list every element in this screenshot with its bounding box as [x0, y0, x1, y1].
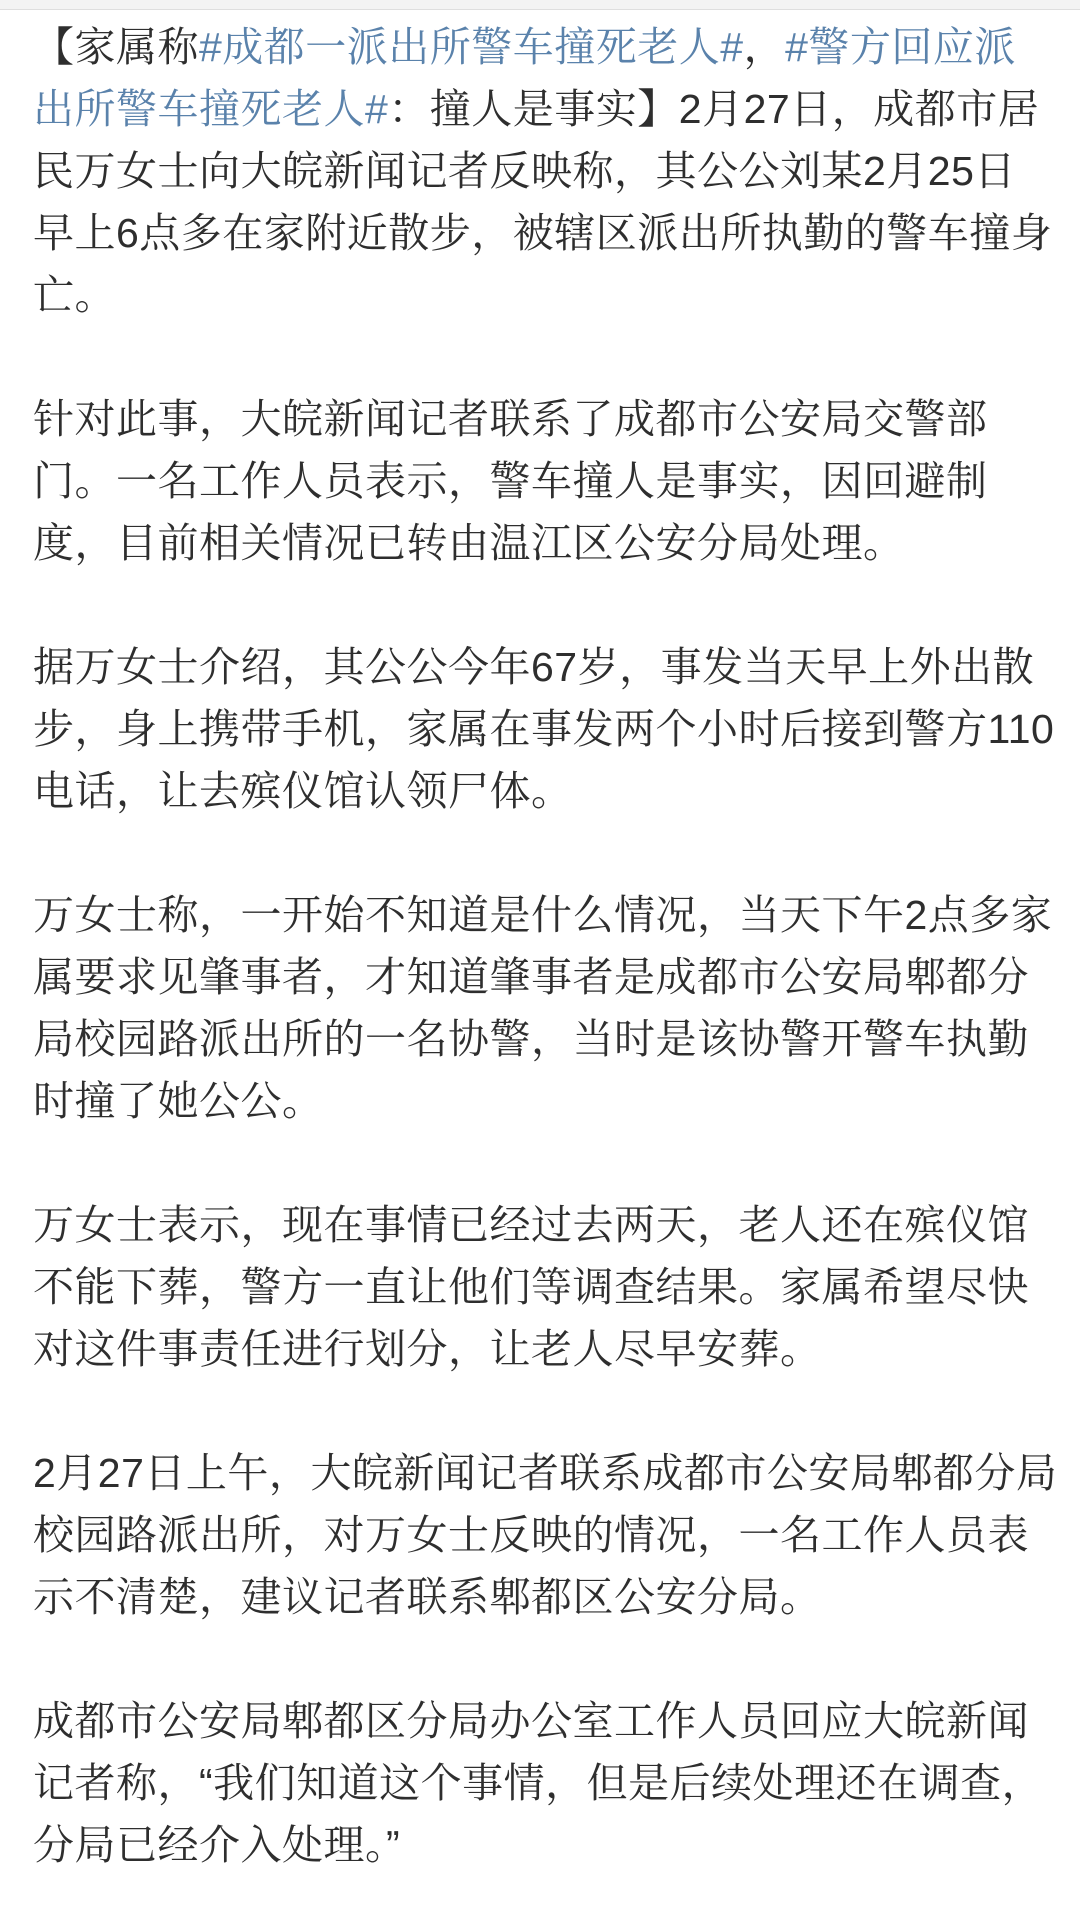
text-line: 分局已经介入处理。”	[33, 1814, 1047, 1876]
text-line: 时撞了她公公。	[33, 1070, 1047, 1132]
text-run: 校园路派出所，对万女士反映的情况，一名工作人员表	[33, 1512, 1029, 1558]
paragraph: 针对此事，大皖新闻记者联系了成都市公安局交警部门。一名工作人员表示，警车撞人是事…	[33, 388, 1047, 574]
text-run: 民万女士向大皖新闻记者反映称，其公公刘某2月25日	[33, 148, 1016, 194]
text-line: 属要求见肇事者，才知道肇事者是成都市公安局郫都分	[33, 946, 1047, 1008]
text-line: 不能下葬，警方一直让他们等调查结果。家属希望尽快	[33, 1256, 1047, 1318]
top-divider	[0, 0, 1080, 10]
text-run: ：撞人是事实】2月27日，成都市居	[388, 86, 1039, 132]
text-line: 电话，让去殡仪馆认领尸体。	[33, 760, 1047, 822]
text-line: 校园路派出所，对万女士反映的情况，一名工作人员表	[33, 1504, 1047, 1566]
text-run: 万女士表示，现在事情已经过去两天，老人还在殡仪馆	[33, 1202, 1029, 1248]
text-line: 度，目前相关情况已转由温江区公安分局处理。	[33, 512, 1047, 574]
text-line: 【家属称#成都一派出所警车撞死老人#，#警方回应派	[33, 16, 1047, 78]
text-run: 门。一名工作人员表示，警车撞人是事实，因回避制	[33, 458, 988, 504]
text-line: 成都市公安局郫都区分局办公室工作人员回应大皖新闻	[33, 1690, 1047, 1752]
text-line: 万女士称，一开始不知道是什么情况，当天下午2点多家	[33, 884, 1047, 946]
text-line: 对这件事责任进行划分，让老人尽早安葬。	[33, 1318, 1047, 1380]
text-line: 示不清楚，建议记者联系郫都区公安分局。	[33, 1566, 1047, 1628]
text-line: 早上6点多在家附近散步，被辖区派出所执勤的警车撞身	[33, 202, 1047, 264]
paragraph: 成都市公安局郫都区分局办公室工作人员回应大皖新闻记者称，“我们知道这个事情，但是…	[33, 1690, 1047, 1876]
paragraph: 万女士称，一开始不知道是什么情况，当天下午2点多家属要求见肇事者，才知道肇事者是…	[33, 884, 1047, 1132]
hashtag-link[interactable]: #成都一派出所警车撞死老人#	[199, 24, 744, 70]
text-run: 亡。	[33, 272, 116, 318]
text-run: 不能下葬，警方一直让他们等调查结果。家属希望尽快	[33, 1264, 1029, 1310]
article-body: 【家属称#成都一派出所警车撞死老人#，#警方回应派出所警车撞死老人#：撞人是事实…	[0, 10, 1080, 1876]
text-run: 属要求见肇事者，才知道肇事者是成都市公安局郫都分	[33, 954, 1029, 1000]
paragraph: 据万女士介绍，其公公今年67岁，事发当天早上外出散步，身上携带手机，家属在事发两…	[33, 636, 1047, 822]
text-line: 针对此事，大皖新闻记者联系了成都市公安局交警部	[33, 388, 1047, 450]
text-run: 电话，让去殡仪馆认领尸体。	[33, 768, 573, 814]
text-run: 早上6点多在家附近散步，被辖区派出所执勤的警车撞身	[33, 210, 1052, 256]
text-run: 记者称，“我们知道这个事情，但是后续处理还在调查，	[33, 1760, 1043, 1806]
text-run: ，	[744, 24, 786, 70]
paragraph: 2月27日上午，大皖新闻记者联系成都市公安局郫都分局校园路派出所，对万女士反映的…	[33, 1442, 1047, 1628]
text-run: 分局已经介入处理。”	[33, 1822, 400, 1868]
paragraph: 【家属称#成都一派出所警车撞死老人#，#警方回应派出所警车撞死老人#：撞人是事实…	[33, 16, 1047, 326]
text-run: 示不清楚，建议记者联系郫都区公安分局。	[33, 1574, 822, 1620]
text-run: 【家属称	[33, 24, 199, 70]
text-line: 亡。	[33, 264, 1047, 326]
text-run: 步，身上携带手机，家属在事发两个小时后接到警方110	[33, 706, 1054, 752]
text-line: 门。一名工作人员表示，警车撞人是事实，因回避制	[33, 450, 1047, 512]
text-run: 成都市公安局郫都区分局办公室工作人员回应大皖新闻	[33, 1698, 1029, 1744]
text-run: 时撞了她公公。	[33, 1078, 324, 1124]
text-line: 步，身上携带手机，家属在事发两个小时后接到警方110	[33, 698, 1047, 760]
text-run: 2月27日上午，大皖新闻记者联系成都市公安局郫都分局	[33, 1450, 1057, 1496]
text-run: 据万女士介绍，其公公今年67岁，事发当天早上外出散	[33, 644, 1034, 690]
paragraph: 万女士表示，现在事情已经过去两天，老人还在殡仪馆不能下葬，警方一直让他们等调查结…	[33, 1194, 1047, 1380]
text-run: 针对此事，大皖新闻记者联系了成都市公安局交警部	[33, 396, 988, 442]
hashtag-link[interactable]: #警方回应派	[785, 24, 1016, 70]
text-run: 局校园路派出所的一名协警，当时是该协警开警车执勤	[33, 1016, 1029, 1062]
text-line: 出所警车撞死老人#：撞人是事实】2月27日，成都市居	[33, 78, 1047, 140]
text-line: 局校园路派出所的一名协警，当时是该协警开警车执勤	[33, 1008, 1047, 1070]
text-line: 万女士表示，现在事情已经过去两天，老人还在殡仪馆	[33, 1194, 1047, 1256]
text-line: 民万女士向大皖新闻记者反映称，其公公刘某2月25日	[33, 140, 1047, 202]
text-run: 万女士称，一开始不知道是什么情况，当天下午2点多家	[33, 892, 1052, 938]
text-line: 记者称，“我们知道这个事情，但是后续处理还在调查，	[33, 1752, 1047, 1814]
text-line: 2月27日上午，大皖新闻记者联系成都市公安局郫都分局	[33, 1442, 1047, 1504]
text-run: 度，目前相关情况已转由温江区公安分局处理。	[33, 520, 905, 566]
text-run: 对这件事责任进行划分，让老人尽早安葬。	[33, 1326, 822, 1372]
hashtag-link[interactable]: 出所警车撞死老人#	[33, 86, 388, 132]
text-line: 据万女士介绍，其公公今年67岁，事发当天早上外出散	[33, 636, 1047, 698]
